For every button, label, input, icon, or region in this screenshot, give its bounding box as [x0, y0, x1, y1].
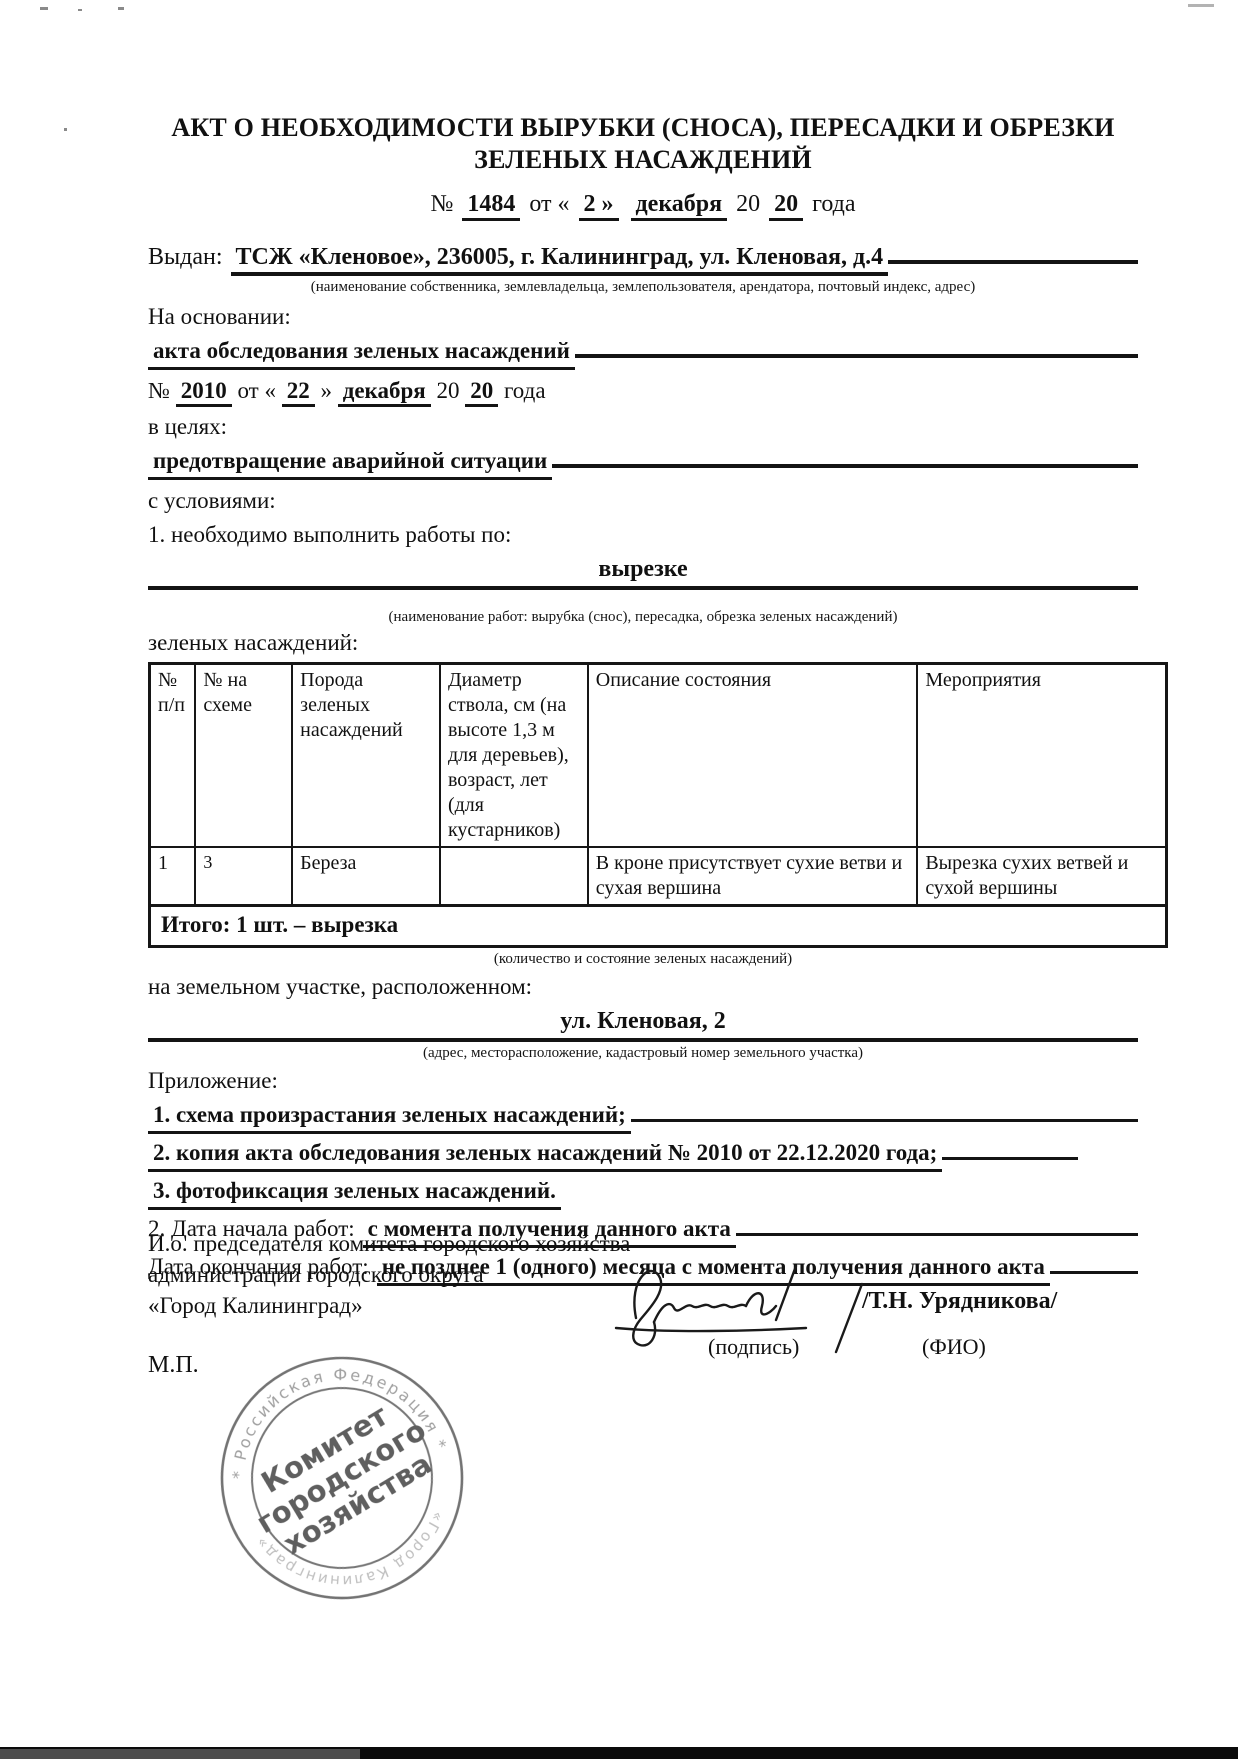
basis-label: На основании: — [148, 302, 1138, 332]
scan-edge-artifact-segment — [0, 1749, 360, 1759]
basis-value-line: акта обследования зеленых насаждений — [148, 336, 1138, 370]
attachment-item: 3. фотофиксация зеленых насаждений. — [148, 1176, 1138, 1210]
year-suffix: года — [812, 191, 855, 217]
stamp-place-label: М.П. — [148, 1352, 199, 1379]
table-cell: Вырезка сухих ветвей и сухой вершины — [917, 847, 1166, 906]
act-number-line: № 1484 от « 2 » декабря 20 20 года — [148, 191, 1138, 218]
scan-noise-speck — [118, 7, 124, 10]
table-header-cell: Описание состояния — [588, 663, 918, 847]
scan-noise-speck — [64, 128, 67, 131]
purpose-value: предотвращение аварийной ситуации — [148, 446, 552, 480]
attachment-item: 2. копия акта обследования зеленых насаж… — [148, 1138, 1138, 1172]
location-value: ул. Кленовая, 2 — [560, 1008, 726, 1034]
conditions-label: с условиями: — [148, 486, 1138, 516]
document-title: АКТ О НЕОБХОДИМОСТИ ВЫРУБКИ (СНОСА), ПЕР… — [148, 0, 1138, 175]
act-number-value: 1484 — [462, 191, 520, 221]
purpose-label: в целях: — [148, 412, 1138, 442]
attachment-item-text: 2. копия акта обследования зеленых насаж… — [148, 1138, 942, 1172]
act-day-value: 2 — [584, 191, 596, 217]
table-cell: В кроне присутствует сухие ветви и сухая… — [588, 847, 918, 906]
close-quote: » — [320, 378, 332, 403]
year-prefix: 20 — [736, 191, 760, 217]
signature-caption: (подпись) — [708, 1334, 799, 1360]
purpose-value-line: предотвращение аварийной ситуации — [148, 446, 1138, 480]
signatory-name: /Т.Н. Урядникова/ — [862, 1288, 1057, 1315]
document-page: АКТ О НЕОБХОДИМОСТИ ВЫРУБКИ (СНОСА), ПЕР… — [0, 0, 1238, 1759]
issued-to-value: ТСЖ «Кленовое», 236005, г. Калининград, … — [231, 244, 889, 276]
attachment-item: 1. схема произрастания зеленых насаждени… — [148, 1100, 1138, 1134]
attachments-label: Приложение: — [148, 1066, 1138, 1096]
table-header-cell: Мероприятия — [917, 663, 1166, 847]
ruled-line — [631, 1119, 1138, 1122]
table-caption: (количество и состояние зеленых насажден… — [148, 950, 1138, 968]
number-sign: № — [430, 191, 453, 217]
attachment-item-text: 1. схема произрастания зеленых насаждени… — [148, 1100, 631, 1134]
table-total-row: Итого: 1 шт. – вырезка — [150, 905, 1167, 947]
basis-value: акта обследования зеленых насаждений — [148, 336, 575, 370]
close-quote: » — [602, 191, 614, 217]
table-total-cell: Итого: 1 шт. – вырезка — [150, 905, 1167, 947]
table-header-cell: № на схеме — [195, 663, 292, 847]
location-label: на земельном участке, расположенном: — [148, 972, 1138, 1002]
table-row: 1 3 Береза В кроне присутствует сухие ве… — [150, 847, 1167, 906]
attachment-item-text: 3. фотофиксация зеленых насаждений. — [148, 1176, 561, 1210]
fio-caption: (ФИО) — [922, 1334, 986, 1360]
signatory-position-line: «Город Калининград» — [148, 1290, 630, 1321]
ruled-line — [888, 260, 1138, 264]
table-cell: 3 — [195, 847, 292, 906]
from-open-quote: от « — [529, 191, 569, 217]
act-day-quote: 2 » — [579, 191, 619, 221]
work-type-caption: (наименование работ: вырубка (снос), пер… — [148, 608, 1138, 626]
plantings-table: № п/п № на схеме Порода зеленых насажден… — [148, 662, 1168, 949]
work-type-value: вырезке — [598, 556, 687, 582]
table-header-cell: Порода зеленых насаждений — [292, 663, 440, 847]
work-type-line: вырезке — [148, 556, 1138, 590]
act-year-value: 20 — [769, 191, 803, 221]
scan-noise-speck — [1188, 4, 1214, 7]
signature-block: /Т.Н. Урядникова/ (подпись) (ФИО) — [600, 1248, 1100, 1378]
signatory-position-line: И.о. председателя комитета городского хо… — [148, 1228, 630, 1259]
location-caption: (адрес, месторасположение, кадастровый н… — [148, 1044, 1138, 1062]
number-sign: № — [148, 378, 170, 403]
act-month-value: декабря — [631, 191, 728, 221]
location-value-line: ул. Кленовая, 2 — [148, 1008, 1138, 1042]
round-stamp: * Российская Федерация * «Город Калининг… — [197, 1333, 486, 1622]
basis-number-line: № 2010 от « 22 » декабря 20 20 года — [148, 376, 1138, 406]
table-cell: Береза — [292, 847, 440, 906]
basis-number-value: 2010 — [176, 378, 232, 407]
table-header-row: № п/п № на схеме Порода зеленых насажден… — [150, 663, 1167, 847]
table-header-cell: Диаметр ствола, см (на высоте 1,3 м для … — [440, 663, 588, 847]
basis-day-value: 22 — [282, 378, 315, 407]
scan-edge-artifact — [0, 1747, 1238, 1759]
ruled-line — [552, 464, 1138, 468]
basis-year-value: 20 — [465, 378, 498, 407]
issued-to-line: Выдан: ТСЖ «Кленовое», 236005, г. Калини… — [148, 244, 1138, 276]
ruled-line — [942, 1157, 1078, 1160]
issued-to-caption: (наименование собственника, землевладель… — [148, 278, 1138, 296]
scan-noise-speck — [78, 9, 82, 11]
signatory-position: И.о. председателя комитета городского хо… — [148, 1228, 630, 1321]
document-content: АКТ О НЕОБХОДИМОСТИ ВЫРУБКИ (СНОСА), ПЕР… — [148, 0, 1138, 1286]
conditions-item1: 1. необходимо выполнить работы по: — [148, 520, 1138, 550]
table-header-cell: № п/п — [150, 663, 196, 847]
from-open-quote: от « — [237, 378, 276, 403]
table-cell: 1 — [150, 847, 196, 906]
table-cell — [440, 847, 588, 906]
year-suffix: года — [504, 378, 546, 403]
basis-month-value: декабря — [338, 378, 431, 407]
ruled-line — [575, 354, 1138, 358]
plantings-label: зеленых насаждений: — [148, 628, 1138, 658]
signatory-position-line: администрации городского округа — [148, 1259, 630, 1290]
year-prefix: 20 — [436, 378, 459, 403]
issued-to-label: Выдан: — [148, 244, 223, 271]
ruled-line — [736, 1233, 1138, 1236]
scan-noise-speck — [40, 7, 48, 10]
